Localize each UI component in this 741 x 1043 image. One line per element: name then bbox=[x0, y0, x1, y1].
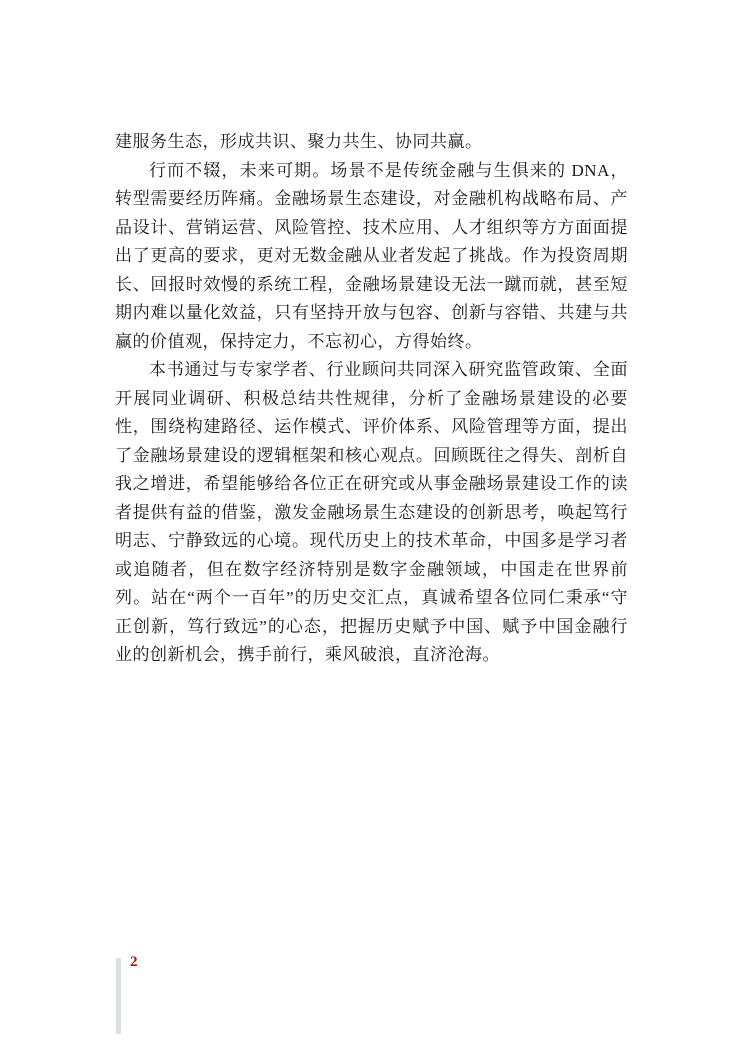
book-page: 建服务生态，形成共识、聚力共生、协同共赢。 行而不辍，未来可期。场景不是传统金融… bbox=[0, 0, 741, 1043]
paragraph: 本书通过与专家学者、行业顾问共同深入研究监管政策、全面开展同业调研、积极总结共性… bbox=[115, 356, 628, 670]
paragraph-continuation: 建服务生态，形成共识、聚力共生、协同共赢。 bbox=[115, 128, 628, 157]
page-number: 2 bbox=[130, 953, 138, 971]
footer-rule bbox=[116, 958, 121, 1034]
body-text: 建服务生态，形成共识、聚力共生、协同共赢。 行而不辍，未来可期。场景不是传统金融… bbox=[115, 128, 628, 670]
paragraph: 行而不辍，未来可期。场景不是传统金融与生俱来的 DNA，转型需要经历阵痛。金融场… bbox=[115, 157, 628, 357]
